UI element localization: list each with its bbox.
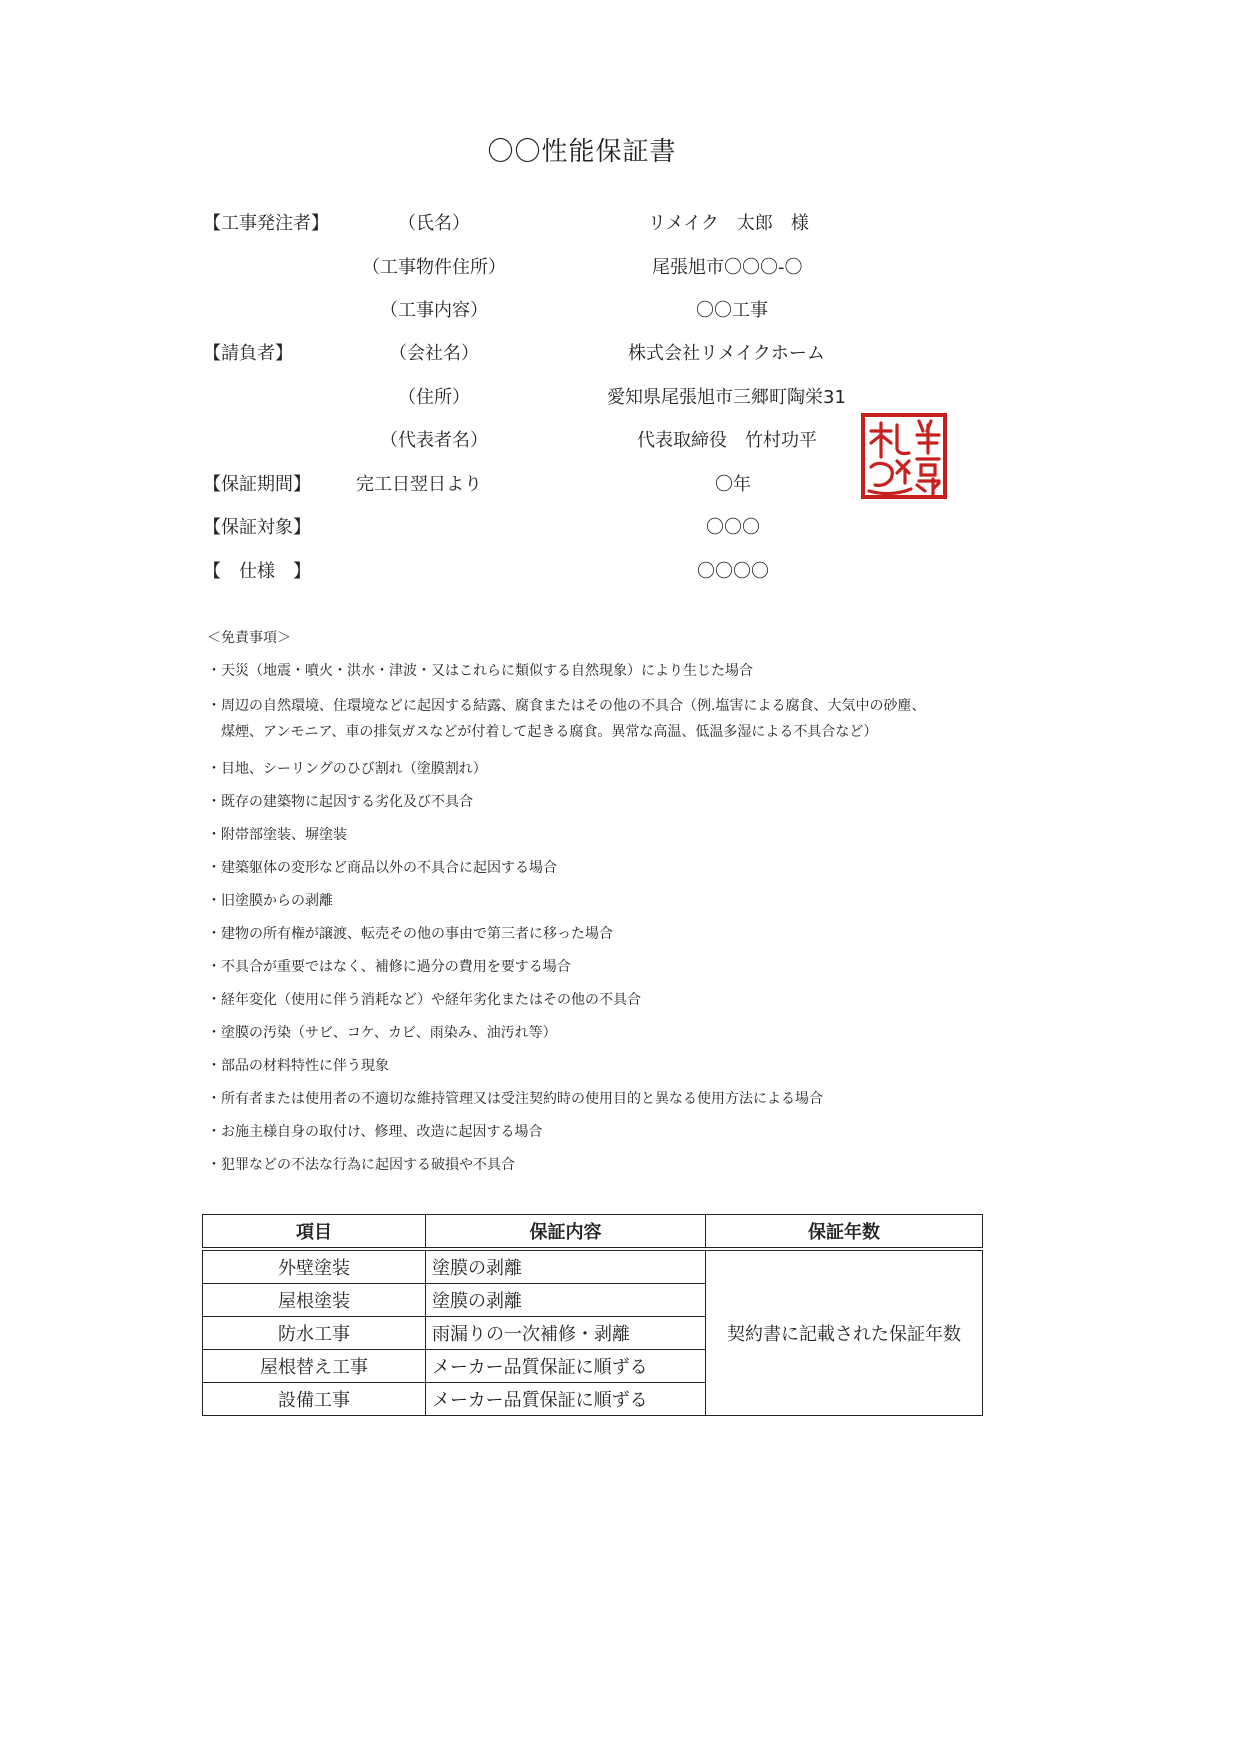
value-property-address: 尾張旭市〇〇〇-〇 [652, 253, 803, 279]
value-representative: 代表取締役 竹村功平 [637, 426, 817, 452]
disclaimer-item: ・お施主様自身の取付け、修理、改造に起因する場合 [207, 1121, 542, 1141]
disclaimer-item: 煤煙、アンモニア、車の排気ガスなどが付着して起きる腐食。異常な高温、低温多湿によ… [207, 721, 877, 741]
cell-content: 雨漏りの一次補修・剥離 [426, 1317, 706, 1350]
value-name: リメイク 太郎 様 [648, 209, 809, 235]
cell-content: 塗膜の剥離 [426, 1249, 706, 1284]
disclaimer-heading: ＜免責事項＞ [207, 627, 291, 647]
disclaimer-item: ・附帯部塗装、塀塗装 [207, 824, 347, 844]
label-name: （氏名） [398, 209, 470, 235]
header-years: 保証年数 [706, 1215, 983, 1250]
table-header-row: 項目 保証内容 保証年数 [203, 1215, 983, 1250]
label-property-address: （工事物件住所） [362, 253, 506, 279]
warranty-table: 項目 保証内容 保証年数 外壁塗装 塗膜の剥離 契約書に記載された保証年数 屋根… [202, 1214, 983, 1416]
disclaimer-item: ・建築躯体の変形など商品以外の不具合に起因する場合 [207, 857, 557, 877]
header-item: 項目 [203, 1215, 426, 1250]
value-company: 株式会社リメイクホーム [628, 339, 825, 365]
value-work-content: 〇〇工事 [696, 296, 768, 322]
cell-item: 外壁塗装 [203, 1249, 426, 1284]
label-representative: （代表者名） [380, 426, 488, 452]
cell-item: 防水工事 [203, 1317, 426, 1350]
disclaimer-item: ・天災（地震・噴火・洪水・津波・又はこれらに類似する自然現象）により生じた場合 [207, 660, 753, 680]
disclaimer-item: ・犯罪などの不法な行為に起因する破損や不具合 [207, 1154, 515, 1174]
cell-content: 塗膜の剥離 [426, 1284, 706, 1317]
value-specification: 〇〇〇〇 [697, 557, 769, 583]
disclaimer-item: ・不具合が重要ではなく、補修に過分の費用を要する場合 [207, 956, 571, 976]
cell-content: メーカー品質保証に順ずる [426, 1350, 706, 1383]
label-warranty-start: 完工日翌日より [356, 470, 482, 496]
company-seal-icon [861, 413, 947, 499]
disclaimer-item: ・既存の建築物に起因する劣化及び不具合 [207, 791, 473, 811]
cell-content: メーカー品質保証に順ずる [426, 1383, 706, 1416]
cell-item: 設備工事 [203, 1383, 426, 1416]
disclaimer-item: ・建物の所有権が譲渡、転売その他の事由で第三者に移った場合 [207, 923, 613, 943]
table-row: 外壁塗装 塗膜の剥離 契約書に記載された保証年数 [203, 1249, 983, 1284]
value-warranty-target: 〇〇〇 [706, 513, 760, 539]
header-content: 保証内容 [426, 1215, 706, 1250]
page-title: 〇〇性能保証書 [0, 131, 1164, 168]
value-warranty-period: 〇年 [715, 470, 751, 496]
value-address: 愛知県尾張旭市三郷町陶栄31 [607, 383, 846, 409]
disclaimer-item: ・目地、シーリングのひび割れ（塗膜割れ） [207, 758, 487, 778]
label-address: （住所） [398, 383, 470, 409]
section-warranty-period: 【保証期間】 [203, 470, 311, 496]
cell-years: 契約書に記載された保証年数 [706, 1249, 983, 1416]
cell-item: 屋根替え工事 [203, 1350, 426, 1383]
disclaimer-item: ・経年変化（使用に伴う消耗など）や経年劣化またはその他の不具合 [207, 989, 641, 1009]
disclaimer-item: ・周辺の自然環境、住環境などに起因する結露、腐食またはその他の不具合（例.塩害に… [207, 695, 925, 715]
disclaimer-item: ・旧塗膜からの剥離 [207, 890, 333, 910]
section-specification: 【 仕様 】 [203, 557, 311, 583]
section-contractor: 【請負者】 [203, 339, 293, 365]
disclaimer-item: ・塗膜の汚染（サビ、コケ、カビ、雨染み、油汚れ等） [207, 1022, 557, 1042]
label-work-content: （工事内容） [380, 296, 488, 322]
disclaimer-item: ・所有者または使用者の不適切な維持管理又は受注契約時の使用目的と異なる使用方法に… [207, 1088, 823, 1108]
label-company: （会社名） [389, 339, 479, 365]
disclaimer-item: ・部品の材料特性に伴う現象 [207, 1055, 389, 1075]
section-orderer: 【工事発注者】 [203, 209, 329, 235]
section-warranty-target: 【保証対象】 [203, 513, 311, 539]
cell-item: 屋根塗装 [203, 1284, 426, 1317]
